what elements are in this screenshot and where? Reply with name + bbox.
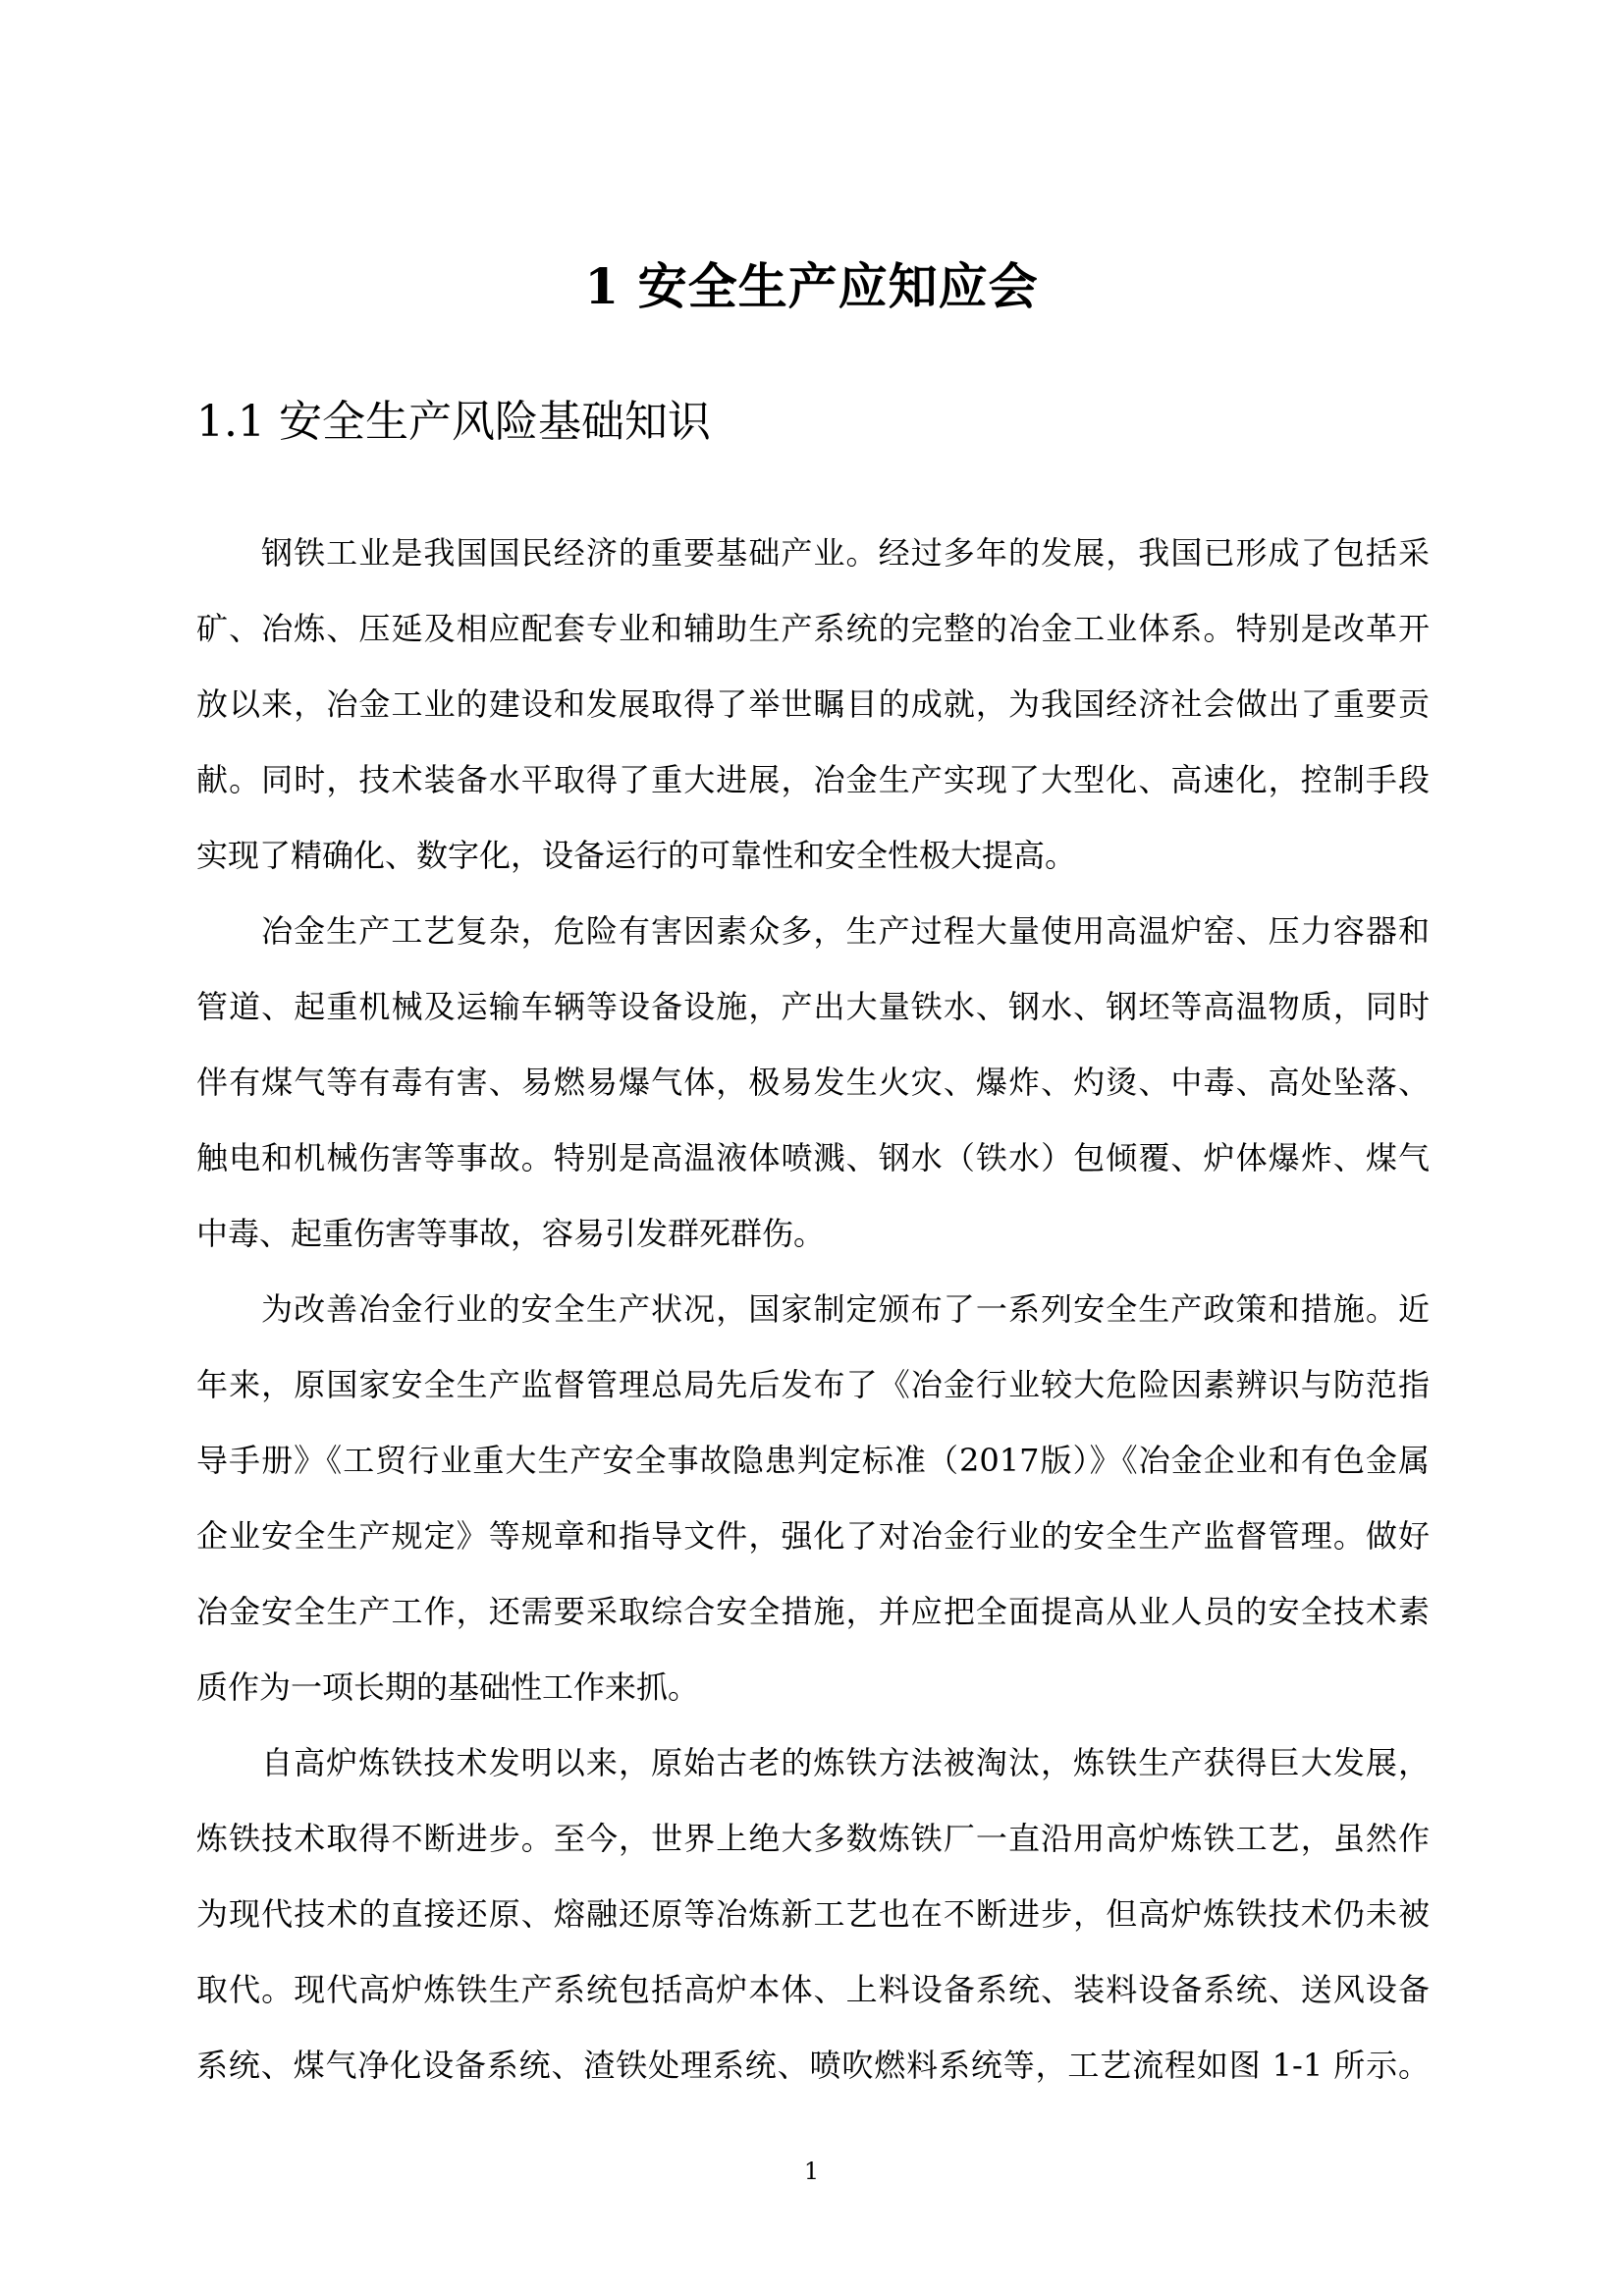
paragraph: 冶金生产工艺复杂，危险有害因素众多，生产过程大量使用高温炉窑、压力容器和 管道、… — [196, 903, 1430, 1282]
chapter-title: 1 安全生产应知应会 — [0, 257, 1623, 316]
page-number: 1 — [0, 2157, 1623, 2186]
paragraph: 为改善冶金行业的安全生产状况，国家制定颁布了一系列安全生产政策和措施。近 年来，… — [196, 1282, 1430, 1735]
text-line: 实现了精确化、数字化，设备运行的可靠性和安全性极大提高。 — [196, 828, 1430, 903]
paragraph: 钢铁工业是我国国民经济的重要基础产业。经过多年的发展，我国已形成了包括采 矿、冶… — [196, 525, 1430, 903]
text-line: 质作为一项长期的基础性工作来抓。 — [196, 1660, 1430, 1735]
text-line: 导手册》《工贸行业重大生产安全事故隐患判定标准（2017版）》《冶金企业和有色金… — [196, 1433, 1430, 1508]
section-title: 1.1 安全生产风险基础知识 — [196, 395, 711, 450]
text-line: 放以来，冶金工业的建设和发展取得了举世瞩目的成就，为我国经济社会做出了重要贡 — [196, 677, 1430, 752]
text-line: 触电和机械伤害等事故。特别是高温液体喷溅、钢水（铁水）包倾覆、炉体爆炸、煤气 — [196, 1130, 1430, 1206]
text-line: 为现代技术的直接还原、熔融还原等冶炼新工艺也在不断进步，但高炉炼铁技术仍未被 — [196, 1886, 1430, 1962]
text-line: 冶金生产工艺复杂，危险有害因素众多，生产过程大量使用高温炉窑、压力容器和 — [196, 903, 1430, 979]
text-line: 伴有煤气等有毒有害、易燃易爆气体，极易发生火灾、爆炸、灼烫、中毒、高处坠落、 — [196, 1055, 1430, 1130]
text-line: 矿、冶炼、压延及相应配套专业和辅助生产系统的完整的冶金工业体系。特别是改革开 — [196, 601, 1430, 677]
text-line: 为改善冶金行业的安全生产状况，国家制定颁布了一系列安全生产政策和措施。近 — [196, 1282, 1430, 1357]
body-text: 钢铁工业是我国国民经济的重要基础产业。经过多年的发展，我国已形成了包括采 矿、冶… — [196, 525, 1430, 2113]
text-line: 自高炉炼铁技术发明以来，原始古老的炼铁方法被淘汰，炼铁生产获得巨大发展， — [196, 1735, 1430, 1811]
text-line: 献。同时，技术装备水平取得了重大进展，冶金生产实现了大型化、高速化，控制手段 — [196, 752, 1430, 828]
text-line: 中毒、起重伤害等事故，容易引发群死群伤。 — [196, 1206, 1430, 1282]
text-line: 冶金安全生产工作，还需要采取综合安全措施，并应把全面提高从业人员的安全技术素 — [196, 1584, 1430, 1660]
text-line: 企业安全生产规定》等规章和指导文件，强化了对冶金行业的安全生产监督管理。做好 — [196, 1508, 1430, 1584]
text-line: 系统、煤气净化设备系统、渣铁处理系统、喷吹燃料系统等，工艺流程如图 1-1 所示… — [196, 2038, 1430, 2113]
paragraph: 自高炉炼铁技术发明以来，原始古老的炼铁方法被淘汰，炼铁生产获得巨大发展， 炼铁技… — [196, 1735, 1430, 2113]
document-page: 1 安全生产应知应会 1.1 安全生产风险基础知识 钢铁工业是我国国民经济的重要… — [0, 0, 1623, 2296]
text-line: 年来，原国家安全生产监督管理总局先后发布了《冶金行业较大危险因素辨识与防范指 — [196, 1357, 1430, 1433]
text-line: 取代。现代高炉炼铁生产系统包括高炉本体、上料设备系统、装料设备系统、送风设备 — [196, 1962, 1430, 2038]
text-line: 管道、起重机械及运输车辆等设备设施，产出大量铁水、钢水、钢坯等高温物质，同时 — [196, 979, 1430, 1055]
text-line: 炼铁技术取得不断进步。至今，世界上绝大多数炼铁厂一直沿用高炉炼铁工艺，虽然作 — [196, 1811, 1430, 1886]
text-line: 钢铁工业是我国国民经济的重要基础产业。经过多年的发展，我国已形成了包括采 — [196, 525, 1430, 601]
